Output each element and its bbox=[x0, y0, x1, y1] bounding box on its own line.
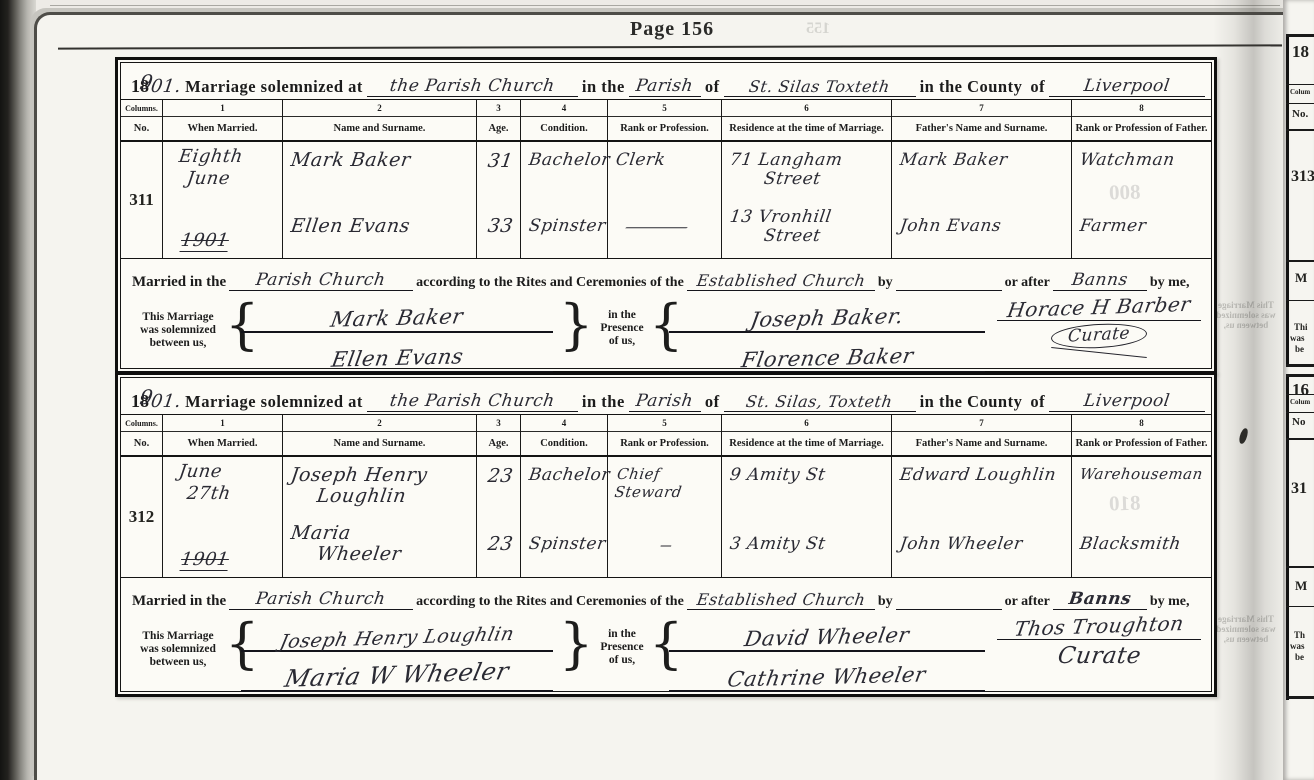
bride-rank: – bbox=[608, 517, 722, 577]
column-header: Age. bbox=[477, 432, 520, 455]
groom-residence: 71 LanghamStreet bbox=[722, 142, 892, 200]
ink-bleed-ghost: 800 bbox=[1109, 179, 1141, 205]
groom-age: 31 bbox=[477, 142, 521, 200]
county-written: Liverpool bbox=[1049, 391, 1205, 412]
parish-word-written: Parish bbox=[629, 391, 701, 412]
witness-signature: Joseph Baker. bbox=[669, 293, 985, 333]
page-title: Page 156 bbox=[630, 18, 714, 41]
banns-written: Banns bbox=[1053, 589, 1147, 610]
column-header: Residence at the time of Marriage. bbox=[722, 117, 891, 140]
rites-label: according to the Rites and Ceremonies of… bbox=[413, 275, 687, 291]
bride-residence: 3 Amity St bbox=[722, 517, 892, 577]
signature-block: This Marriagewas solemnizedbetween us, J… bbox=[121, 612, 1211, 691]
bride-residence: 13 VronhillStreet bbox=[722, 200, 892, 258]
bride-age: 33 bbox=[477, 200, 521, 258]
entry-data-rows: 311 Eighth June 1901 Mark Baker 31 Bache… bbox=[121, 142, 1211, 258]
column-header-band: Columns.No. 1When Married. 2Name and Sur… bbox=[121, 415, 1211, 457]
ink-bleed-ghost: 810 bbox=[1109, 490, 1141, 516]
bride-father-rank: Blacksmith bbox=[1072, 517, 1211, 577]
column-header-band: Columns.No. 1When Married. 2Name and Sur… bbox=[121, 100, 1211, 142]
bride-signature: Ellen Evans bbox=[241, 333, 553, 373]
church-written: Established Church bbox=[687, 590, 875, 610]
scanned-marriage-register-page: Page 156 155 18901. Marriage solemnized … bbox=[0, 0, 1314, 780]
page-edge-line bbox=[50, 5, 1280, 6]
by-label: by bbox=[875, 275, 896, 291]
column-header-no: Columns.No. bbox=[121, 415, 163, 455]
ghost-page-number: 155 bbox=[806, 20, 830, 38]
brace-icon bbox=[559, 293, 593, 356]
witness-signature: David Wheeler bbox=[669, 612, 985, 652]
bride-name: Ellen Evans bbox=[283, 200, 477, 258]
bride-condition: Spinster bbox=[521, 200, 608, 258]
of-label: of bbox=[1026, 392, 1049, 412]
presence-label: in thePresenceof us, bbox=[591, 628, 653, 667]
when-married-cell: June 27th 1901 bbox=[163, 457, 283, 577]
column-header: Residence at the time of Marriage. bbox=[722, 432, 891, 455]
entry-year: 189 bbox=[131, 76, 149, 97]
witness-signatures: Joseph Baker. Florence Baker bbox=[669, 293, 985, 373]
bride-age: 23 bbox=[477, 517, 521, 577]
groom-condition: Bachelor bbox=[521, 457, 608, 517]
bride-condition: Spinster bbox=[521, 517, 608, 577]
banns-written: Banns bbox=[1053, 270, 1147, 291]
column-header: Condition. bbox=[521, 117, 607, 140]
this-marriage-label: This Marriagewas solemnizedbetween us, bbox=[125, 311, 231, 350]
entry-number: 311 bbox=[121, 142, 163, 258]
married-in-line: Married in the Parish Church according t… bbox=[121, 258, 1211, 293]
bride-signature: Maria W Wheeler bbox=[241, 652, 553, 692]
bride-rank: — bbox=[608, 200, 722, 258]
witness-signature: Florence Baker bbox=[669, 333, 985, 373]
married-in-label: Married in the bbox=[129, 593, 229, 610]
column-header: Father's Name and Surname. bbox=[892, 432, 1071, 455]
of-label: of bbox=[701, 77, 724, 97]
groom-name: Mark Baker bbox=[283, 142, 477, 200]
entry-year: 189 bbox=[131, 391, 149, 412]
groom-father: Edward Loughlin bbox=[892, 457, 1072, 517]
solemnized-at-label: Marriage solemnized at bbox=[181, 77, 367, 97]
solemnized-at-label: Marriage solemnized at bbox=[181, 392, 367, 412]
column-header: When Married. bbox=[163, 117, 282, 140]
next-page-sliver: 18 Colum No. 313 M Thi was be 16 Colum N… bbox=[1283, 0, 1314, 780]
officiant-signature: Thos Troughton Curate bbox=[997, 614, 1201, 669]
groom-father-rank: Warehouseman bbox=[1072, 457, 1211, 517]
officiant-signature: Horace H Barber Curate bbox=[997, 295, 1201, 353]
parish-name-written: St. Silas, Toxteth bbox=[724, 392, 916, 412]
married-in-written: Parish Church bbox=[229, 270, 413, 291]
by-blank bbox=[896, 609, 1002, 610]
of-label: of bbox=[1026, 77, 1049, 97]
groom-age: 23 bbox=[477, 457, 521, 517]
entry-header: 18901. Marriage solemnized at the Parish… bbox=[121, 63, 1211, 100]
bride-father: John Evans bbox=[892, 200, 1072, 258]
or-after-label: or after bbox=[1002, 594, 1053, 610]
presence-label: in thePresenceof us, bbox=[591, 309, 653, 348]
register-entry-311: 18901. Marriage solemnized at the Parish… bbox=[115, 57, 1217, 374]
in-the-label: in the bbox=[578, 77, 629, 97]
married-in-written: Parish Church bbox=[229, 589, 413, 610]
county-label: in the County bbox=[916, 77, 1027, 97]
column-header: When Married. bbox=[163, 432, 282, 455]
by-me-label: by me, bbox=[1147, 594, 1193, 610]
column-header: Father's Name and Surname. bbox=[892, 117, 1071, 140]
spouse-signatures: Joseph Henry Loughlin Maria W Wheeler bbox=[241, 612, 553, 692]
groom-father: Mark Baker bbox=[892, 142, 1072, 200]
entry-header: 18901. Marriage solemnized at the Parish… bbox=[121, 378, 1211, 415]
signature-block: This Marriagewas solemnizedbetween us, M… bbox=[121, 293, 1211, 368]
in-the-label: in the bbox=[578, 392, 629, 412]
or-after-label: or after bbox=[1002, 275, 1053, 291]
column-header: Age. bbox=[477, 117, 520, 140]
bride-father: John Wheeler bbox=[892, 517, 1072, 577]
church-written: Established Church bbox=[687, 271, 875, 291]
county-written: Liverpool bbox=[1049, 76, 1205, 97]
book-binding bbox=[0, 0, 36, 780]
bride-father-rank: Farmer bbox=[1072, 200, 1211, 258]
groom-rank: Clerk bbox=[608, 142, 722, 200]
pen-flourish bbox=[1051, 347, 1147, 358]
column-header: Rank or Profession of Father. bbox=[1072, 432, 1211, 455]
bleed-through-text: This Marriagewas solemnizedbetween us, bbox=[1214, 300, 1278, 330]
spouse-signatures: Mark Baker Ellen Evans bbox=[241, 293, 553, 373]
column-header-no: Columns.No. bbox=[121, 100, 163, 140]
when-married-cell: Eighth June 1901 bbox=[163, 142, 283, 258]
page-gutter bbox=[1213, 0, 1283, 780]
county-label: in the County bbox=[916, 392, 1027, 412]
married-in-line: Married in the Parish Church according t… bbox=[121, 577, 1211, 612]
groom-rank: Chief Steward bbox=[608, 457, 722, 517]
by-label: by bbox=[875, 594, 896, 610]
column-header: Name and Surname. bbox=[283, 432, 476, 455]
column-header: Condition. bbox=[521, 432, 607, 455]
groom-residence: 9 Amity St bbox=[722, 457, 892, 517]
bleed-through-text: This Marriagewas solemnizedbetween us, bbox=[1214, 614, 1278, 644]
column-header: Rank or Profession. bbox=[608, 117, 721, 140]
brace-icon bbox=[559, 612, 593, 675]
this-marriage-label: This Marriagewas solemnizedbetween us, bbox=[125, 630, 231, 669]
place-written: the Parish Church bbox=[367, 76, 578, 97]
married-in-label: Married in the bbox=[129, 274, 229, 291]
parish-word-written: Parish bbox=[629, 76, 701, 97]
register-entry-312: 18901. Marriage solemnized at the Parish… bbox=[115, 372, 1217, 697]
witness-signature: Cathrine Wheeler bbox=[669, 652, 985, 692]
column-header: Rank or Profession of Father. bbox=[1072, 117, 1211, 140]
of-label: of bbox=[701, 392, 724, 412]
groom-father-rank: Watchman bbox=[1072, 142, 1211, 200]
groom-condition: Bachelor bbox=[521, 142, 608, 200]
parish-name-written: St. Silas Toxteth bbox=[724, 77, 916, 97]
by-me-label: by me, bbox=[1147, 275, 1193, 291]
entry-data-rows: 312 June 27th 1901 Joseph HenryLoughlin … bbox=[121, 457, 1211, 577]
by-blank bbox=[896, 290, 1002, 291]
place-written: the Parish Church bbox=[367, 391, 578, 412]
groom-signature: Mark Baker bbox=[241, 293, 553, 333]
column-header: Name and Surname. bbox=[283, 117, 476, 140]
next-page-table-border bbox=[1286, 374, 1289, 700]
groom-signature: Joseph Henry Loughlin bbox=[241, 612, 553, 652]
groom-name: Joseph HenryLoughlin bbox=[283, 457, 477, 517]
witness-signatures: David Wheeler Cathrine Wheeler bbox=[669, 612, 985, 692]
column-header: Rank or Profession. bbox=[608, 432, 721, 455]
entry-number: 312 bbox=[121, 457, 163, 577]
rites-label: according to the Rites and Ceremonies of… bbox=[413, 594, 687, 610]
bride-name: MariaWheeler bbox=[283, 517, 477, 577]
